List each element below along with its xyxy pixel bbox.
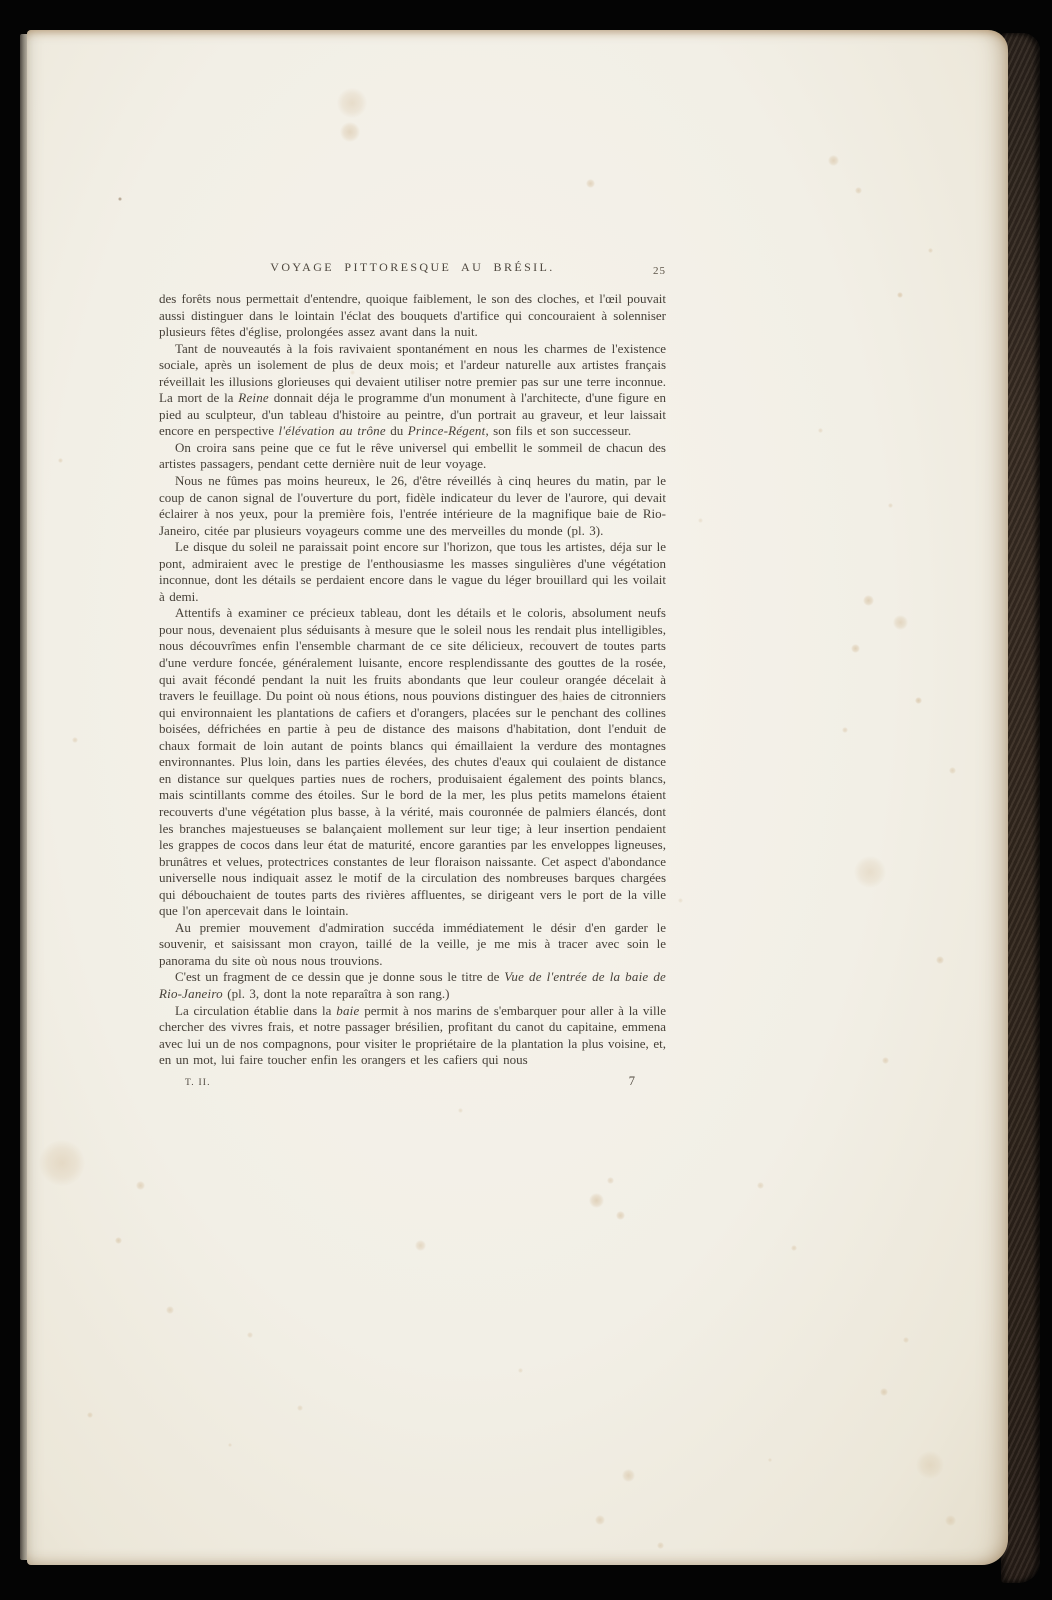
- sheet-signature: 7: [629, 1074, 635, 1089]
- body-text: du: [386, 423, 408, 438]
- running-head: VOYAGE PITTORESQUE AU BRÉSIL. 25: [159, 258, 666, 284]
- italic-text: Prince-Régent: [408, 423, 486, 438]
- body-text: Au premier mouvement d'admiration succéd…: [159, 920, 666, 968]
- body-paragraphs: des forêts nous permettait d'entendre, q…: [159, 291, 666, 1069]
- italic-text: Reine: [238, 390, 269, 405]
- paragraph: La circulation établie dans la baie perm…: [159, 1003, 666, 1069]
- paragraph: Le disque du soleil ne paraissait point …: [159, 539, 666, 605]
- paragraph: C'est un fragment de ce dessin que je do…: [159, 969, 666, 1002]
- book-scan: VOYAGE PITTORESQUE AU BRÉSIL. 25 des for…: [0, 0, 1052, 1600]
- paragraph: On croira sans peine que ce fut le rêve …: [159, 440, 666, 473]
- body-text: C'est un fragment de ce dessin que je do…: [175, 969, 504, 984]
- body-text: Nous ne fûmes pas moins heureux, le 26, …: [159, 473, 666, 538]
- body-text: On croira sans peine que ce fut le rêve …: [159, 440, 666, 472]
- body-text: Le disque du soleil ne paraissait point …: [159, 539, 666, 604]
- italic-text: baie: [336, 1003, 359, 1018]
- body-text: (pl. 3, dont la note reparaîtra à son ra…: [223, 986, 450, 1001]
- body-text: La circulation établie dans la: [175, 1003, 336, 1018]
- page-number: 25: [653, 265, 666, 277]
- italic-text: l'élévation au trône: [278, 423, 385, 438]
- paragraph: Attentifs à examiner ce précieux tableau…: [159, 605, 666, 919]
- body-text: des forêts nous permettait d'entendre, q…: [159, 291, 666, 339]
- paragraph: des forêts nous permettait d'entendre, q…: [159, 291, 666, 341]
- running-title: VOYAGE PITTORESQUE AU BRÉSIL.: [159, 258, 666, 275]
- body-text: , son fils et son successeur.: [485, 423, 631, 438]
- body-text: Attentifs à examiner ce précieux tableau…: [159, 605, 666, 918]
- paragraph: Nous ne fûmes pas moins heureux, le 26, …: [159, 473, 666, 539]
- paragraph: Au premier mouvement d'admiration succéd…: [159, 920, 666, 970]
- paragraph: Tant de nouveautés à la fois ravivaient …: [159, 341, 666, 440]
- volume-signature: T. II.: [185, 1078, 211, 1088]
- text-block: VOYAGE PITTORESQUE AU BRÉSIL. 25 des for…: [159, 258, 666, 1089]
- page-footer: T. II. 7: [159, 1074, 666, 1089]
